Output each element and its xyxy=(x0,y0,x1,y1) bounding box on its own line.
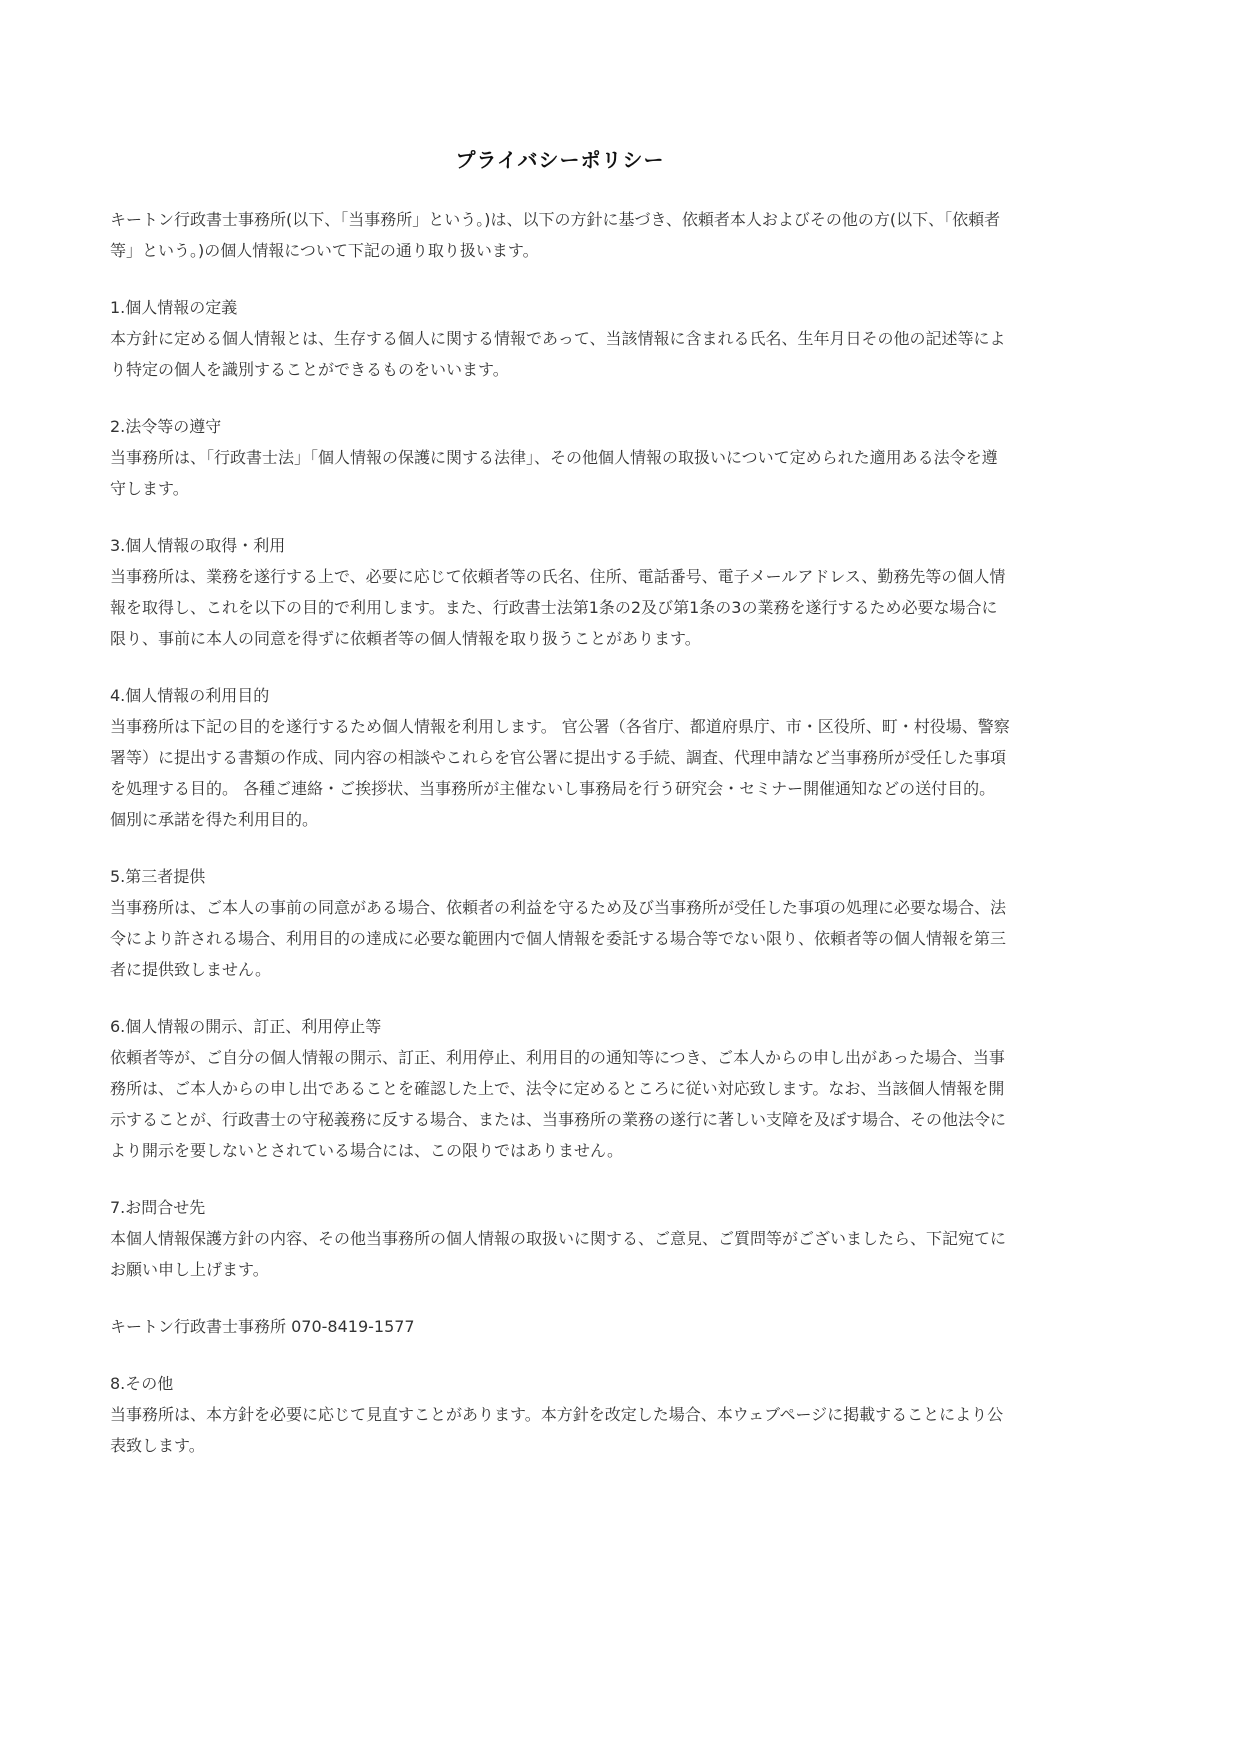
section-contact: 7.お問合せ先 本個人情報保護方針の内容、その他当事務所の個人情報の取扱いに関す… xyxy=(110,1192,1010,1285)
section-acquisition: 3.個人情報の取得・利用 当事務所は、業務を遂行する上で、必要に応じて依頼者等の… xyxy=(110,530,1010,654)
contact-info: キートン行政書士事務所 070-8419-1577 xyxy=(110,1311,1010,1342)
section-heading: 4.個人情報の利用目的 xyxy=(110,680,1010,711)
section-body: 本個人情報保護方針の内容、その他当事務所の個人情報の取扱いに関する、ご意見、ご質… xyxy=(110,1223,1010,1285)
section-heading: 7.お問合せ先 xyxy=(110,1192,1010,1223)
section-definition: 1.個人情報の定義 本方針に定める個人情報とは、生存する個人に関する情報であって… xyxy=(110,292,1010,385)
section-heading: 2.法令等の遵守 xyxy=(110,411,1010,442)
section-disclosure: 6.個人情報の開示、訂正、利用停止等 依頼者等が、ご自分の個人情報の開示、訂正、… xyxy=(110,1011,1010,1166)
section-body: 当事務所は、ご本人の事前の同意がある場合、依頼者の利益を守るため及び当事務所が受… xyxy=(110,892,1010,985)
section-purpose: 4.個人情報の利用目的 当事務所は下記の目的を遂行するため個人情報を利用します。… xyxy=(110,680,1010,835)
section-heading: 3.個人情報の取得・利用 xyxy=(110,530,1010,561)
page-title: プライバシーポリシー xyxy=(110,144,1010,173)
section-heading: 6.個人情報の開示、訂正、利用停止等 xyxy=(110,1011,1010,1042)
section-body: 当事務所は、業務を遂行する上で、必要に応じて依頼者等の氏名、住所、電話番号、電子… xyxy=(110,561,1010,654)
document-content: キートン行政書士事務所(以下、「当事務所」という。)は、以下の方針に基づき、依頼… xyxy=(110,204,1010,1487)
section-other: 8.その他 当事務所は、本方針を必要に応じて見直すことがあります。本方針を改定し… xyxy=(110,1368,1010,1461)
section-body: 依頼者等が、ご自分の個人情報の開示、訂正、利用停止、利用目的の通知等につき、ご本… xyxy=(110,1042,1010,1166)
section-body: 当事務所は、「行政書士法」「個人情報の保護に関する法律」、その他個人情報の取扱い… xyxy=(110,442,1010,504)
section-third-party: 5.第三者提供 当事務所は、ご本人の事前の同意がある場合、依頼者の利益を守るため… xyxy=(110,861,1010,985)
section-heading: 8.その他 xyxy=(110,1368,1010,1399)
section-body: 当事務所は下記の目的を遂行するため個人情報を利用します。 官公署（各省庁、都道府… xyxy=(110,711,1010,835)
intro-paragraph: キートン行政書士事務所(以下、「当事務所」という。)は、以下の方針に基づき、依頼… xyxy=(110,204,1010,266)
section-heading: 1.個人情報の定義 xyxy=(110,292,1010,323)
section-heading: 5.第三者提供 xyxy=(110,861,1010,892)
section-compliance: 2.法令等の遵守 当事務所は、「行政書士法」「個人情報の保護に関する法律」、その… xyxy=(110,411,1010,504)
section-body: 本方針に定める個人情報とは、生存する個人に関する情報であって、当該情報に含まれる… xyxy=(110,323,1010,385)
section-body: 当事務所は、本方針を必要に応じて見直すことがあります。本方針を改定した場合、本ウ… xyxy=(110,1399,1010,1461)
